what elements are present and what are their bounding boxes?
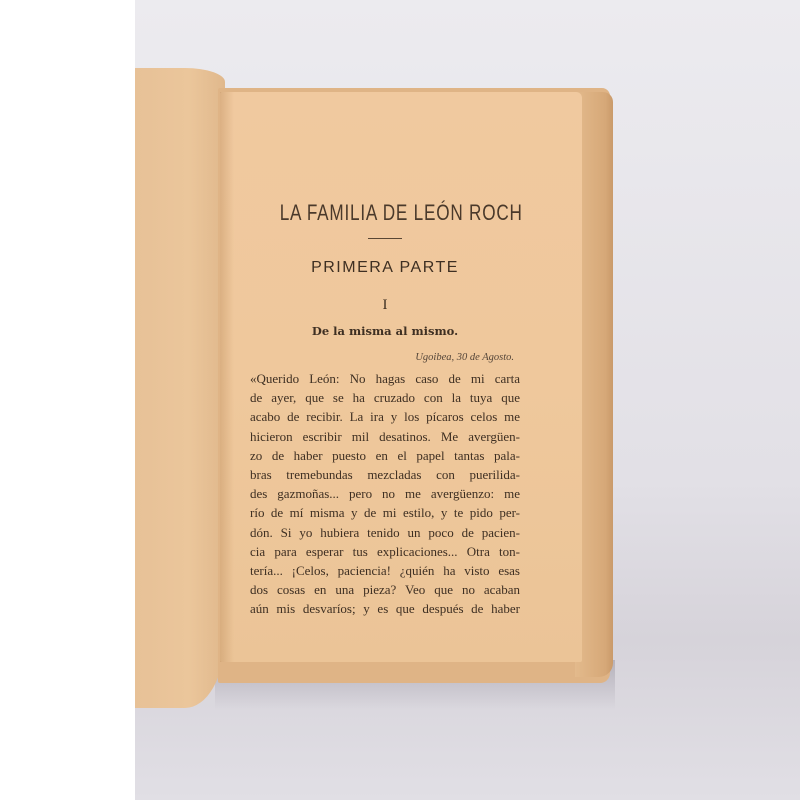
part-heading: PRIMERA PARTE	[250, 259, 520, 277]
body-line: dón. Si yo hubiera tenido un poco de pac…	[250, 523, 520, 542]
body-line: «Querido León: No hagas caso de mi carta	[250, 369, 520, 388]
body-line: hicieron escribir mil desatinos. Me aver…	[250, 427, 520, 446]
title-rule	[368, 238, 402, 239]
chapter-number: I	[250, 297, 520, 314]
body-line: cia para esperar tus explicaciones... Ot…	[250, 542, 520, 561]
letter-dateline: Ugoibea, 30 de Agosto.	[250, 352, 514, 363]
body-line: tería... ¡Celos, paciencia! ¿quién ha vi…	[250, 561, 520, 580]
body-line: acabo de recibir. La ira y los pícaros c…	[250, 407, 520, 426]
chapter-title: De la misma al mismo.	[250, 324, 520, 338]
body-line: zo de haber puesto en el papel tantas pa…	[250, 446, 520, 465]
body-line: dos cosas en una pieza? Veo que no acaba…	[250, 580, 520, 599]
body-line: aún mis desvaríos; y es que después de h…	[250, 599, 520, 618]
body-line: des gazmoñas... pero no me avergüenzo: m…	[250, 484, 520, 503]
page-text: LA FAMILIA DE LEÓN ROCH PRIMERA PARTE I …	[250, 200, 520, 619]
left-page-curl	[135, 68, 225, 708]
body-line: bras tremebundas mezcladas con puerilida…	[250, 465, 520, 484]
letter-body: «Querido León: No hagas caso de mi carta…	[250, 369, 520, 619]
page-gutter	[220, 92, 234, 662]
book-title: LA FAMILIA DE LEÓN ROCH	[280, 200, 491, 226]
body-line: de ayer, que se ha cruzado con la tuya q…	[250, 388, 520, 407]
body-line: río de mí misma y de mi estilo, y te pid…	[250, 503, 520, 522]
